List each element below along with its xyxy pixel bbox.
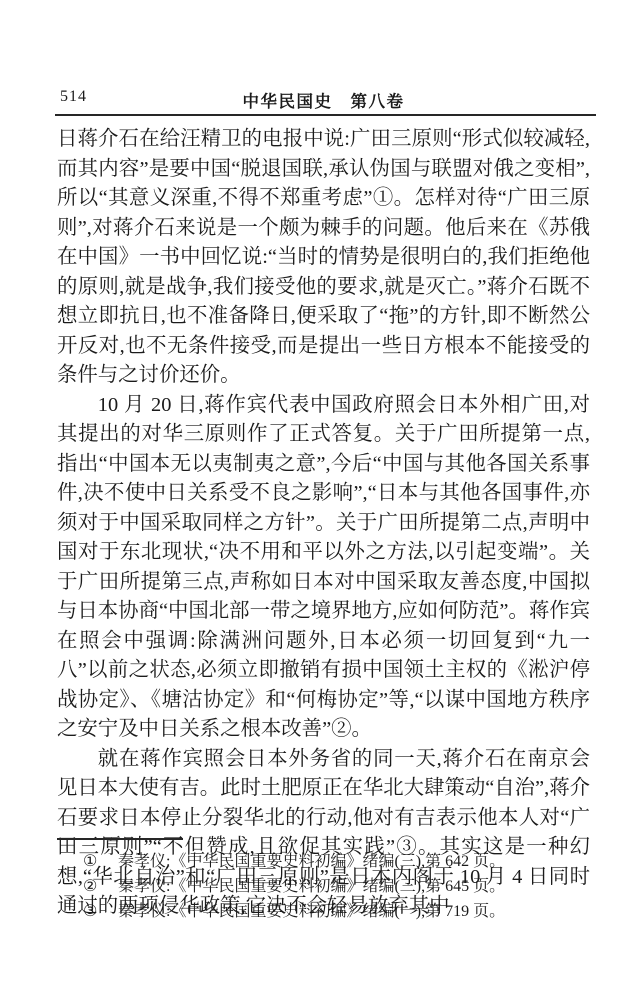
body-paragraph-1: 日蒋介石在给汪精卫的电报中说:广田三原则“形式似较减轻,而其内容”是要中国“脱退… (57, 125, 590, 391)
footnote-3-text: 秦孝仪:《中华民国重要史料初编》绪编(一),第 719 页。 (118, 899, 590, 924)
header-rule (55, 114, 596, 116)
footnote-1: ① 秦孝仪:《中华民国重要史料初编》绪编(三),第 642 页。 (57, 849, 590, 874)
footnote-1-text: 秦孝仪:《中华民国重要史料初编》绪编(三),第 642 页。 (118, 849, 590, 874)
footnote-2-marker: ② (83, 874, 118, 899)
footnote-2-text: 秦孝仪:《中华民国重要史料初编》绪编(三),第 645 页。 (118, 874, 590, 899)
footnote-rule (57, 838, 183, 840)
page-body: 日蒋介石在给汪精卫的电报中说:广田三原则“形式似较减轻,而其内容”是要中国“脱退… (57, 125, 590, 922)
book-page: 514 中华民国史 第八卷 日蒋介石在给汪精卫的电报中说:广田三原则“形式似较减… (0, 0, 644, 1000)
body-paragraph-2: 10 月 20 日,蒋作宾代表中国政府照会日本外相广田,对其提出的对华三原则作了… (57, 391, 590, 745)
running-title: 中华民国史 第八卷 (57, 88, 590, 112)
footnotes: ① 秦孝仪:《中华民国重要史料初编》绪编(三),第 642 页。 ② 秦孝仪:《… (57, 849, 590, 924)
page-header: 514 中华民国史 第八卷 (57, 88, 590, 110)
footnote-3: ③ 秦孝仪:《中华民国重要史料初编》绪编(一),第 719 页。 (57, 899, 590, 924)
footnote-2: ② 秦孝仪:《中华民国重要史料初编》绪编(三),第 645 页。 (57, 874, 590, 899)
footnote-3-marker: ③ (83, 899, 118, 924)
footnote-1-marker: ① (83, 849, 118, 874)
